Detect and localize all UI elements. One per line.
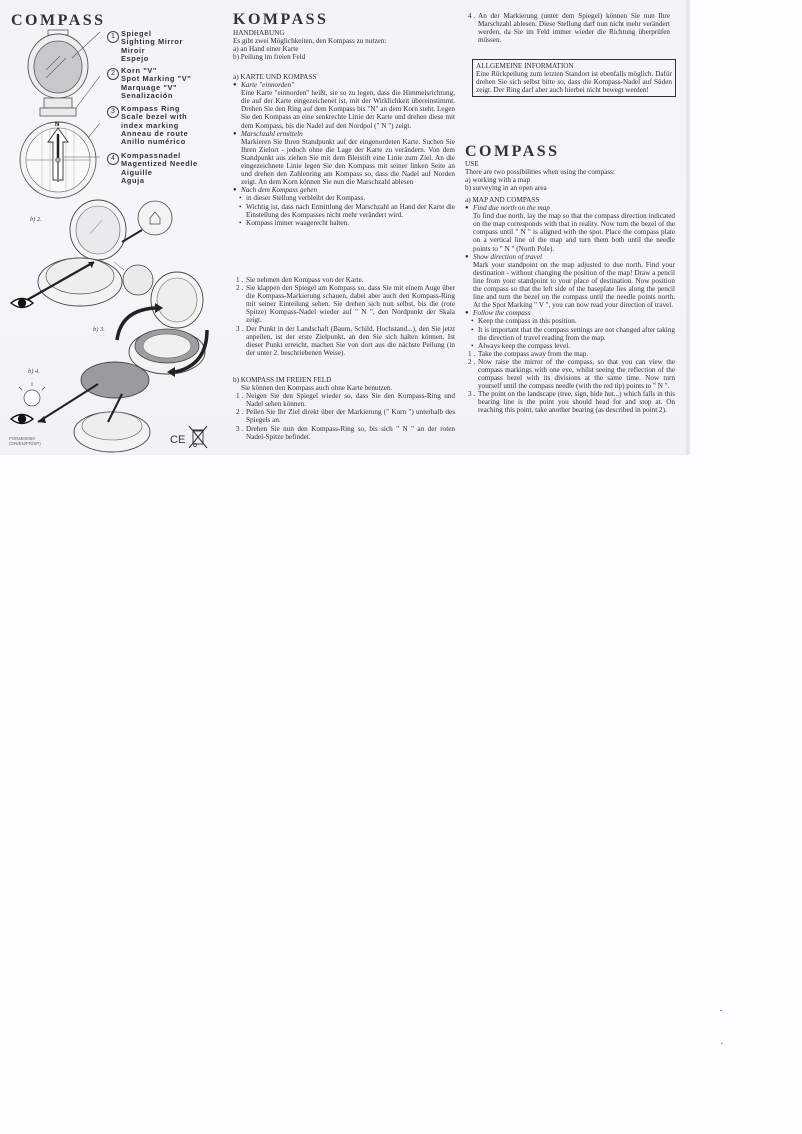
- item-title: Find due north on the map: [465, 204, 675, 212]
- weee-crossed-bin-icon: [188, 425, 208, 449]
- eye-icon: [10, 412, 34, 426]
- eye-icon: [10, 296, 34, 310]
- part-number-badge: 3: [107, 106, 119, 118]
- part-number-badge: 2: [107, 68, 119, 80]
- german-subtitle: HANDHABUNG: [233, 29, 455, 37]
- general-information-box: ALLGEMEINE INFORMATION Eine Rückpeilung …: [472, 59, 676, 97]
- info-text: Eine Rückpeilung zum letzten Standort is…: [476, 70, 672, 94]
- item-title: Show direction of travel: [465, 253, 675, 261]
- english-title: COMPASS: [465, 143, 560, 161]
- english-section-a: a) MAP AND COMPASS Find due north on the…: [465, 196, 675, 415]
- german-section-a-steps: 1 .Sie nehmen den Kompass von der Karte.…: [233, 276, 455, 357]
- english-intro: There are two possibilities when using t…: [465, 168, 675, 176]
- illustration-panel: COMPASS N 1 Spiegel: [0, 0, 228, 455]
- german-intro-block: HANDHABUNG Es gibt zwei Möglichkeiten, d…: [233, 29, 455, 61]
- ce-mark: CE: [170, 434, 185, 446]
- info-heading: ALLGEMEINE INFORMATION: [476, 62, 672, 70]
- scan-speck: [720, 1010, 722, 1011]
- item-text: Markieren Sie Ihren Standpunkt auf der e…: [233, 138, 455, 187]
- german-section-b: b) KOMPASS IM FREIEN FELD Sie können den…: [233, 376, 455, 441]
- item-title: Nach dem Kompass gehen: [233, 186, 455, 194]
- section-heading: a) KARTE UND KOMPASS: [233, 73, 455, 81]
- german-intro: Es gibt zwei Möglichkeiten, den Kompass …: [233, 37, 455, 45]
- compass-diagram: N: [20, 30, 100, 200]
- english-intro-block: USE There are two possibilities when usi…: [465, 160, 675, 192]
- item-text: Eine Karte "einnorden" heißt, sie so zu …: [233, 89, 455, 129]
- item-title: Karte "einnorden": [233, 81, 455, 89]
- german-section-a: a) KARTE UND KOMPASS Karte "einnorden" E…: [233, 73, 455, 227]
- german-section-b-step-4: 4 .An der Markierung (unter dem Spiegel)…: [465, 12, 670, 44]
- part-number-badge: 4: [107, 153, 119, 165]
- german-title: KOMPASS: [233, 11, 328, 29]
- scan-speck: [721, 1042, 723, 1044]
- panel-title: COMPASS: [11, 12, 106, 30]
- part-number-badge: 1: [107, 31, 119, 43]
- section-heading: b) KOMPASS IM FREIEN FELD: [233, 376, 455, 384]
- section-heading: a) MAP AND COMPASS: [465, 196, 675, 204]
- item-text: To find due north, lay the map so that t…: [465, 212, 675, 252]
- figure-label-b3: b) 3.: [93, 326, 105, 333]
- english-subtitle: USE: [465, 160, 675, 168]
- svg-text:N: N: [55, 122, 59, 128]
- item-text: Mark your standpoint on the map adjusted…: [465, 261, 675, 310]
- item-title: Marschzahl ermitteln: [233, 130, 455, 138]
- item-title: Follow the compass: [465, 309, 675, 317]
- product-code: FOIN380059 (GR/EN/FR/SP): [9, 436, 41, 446]
